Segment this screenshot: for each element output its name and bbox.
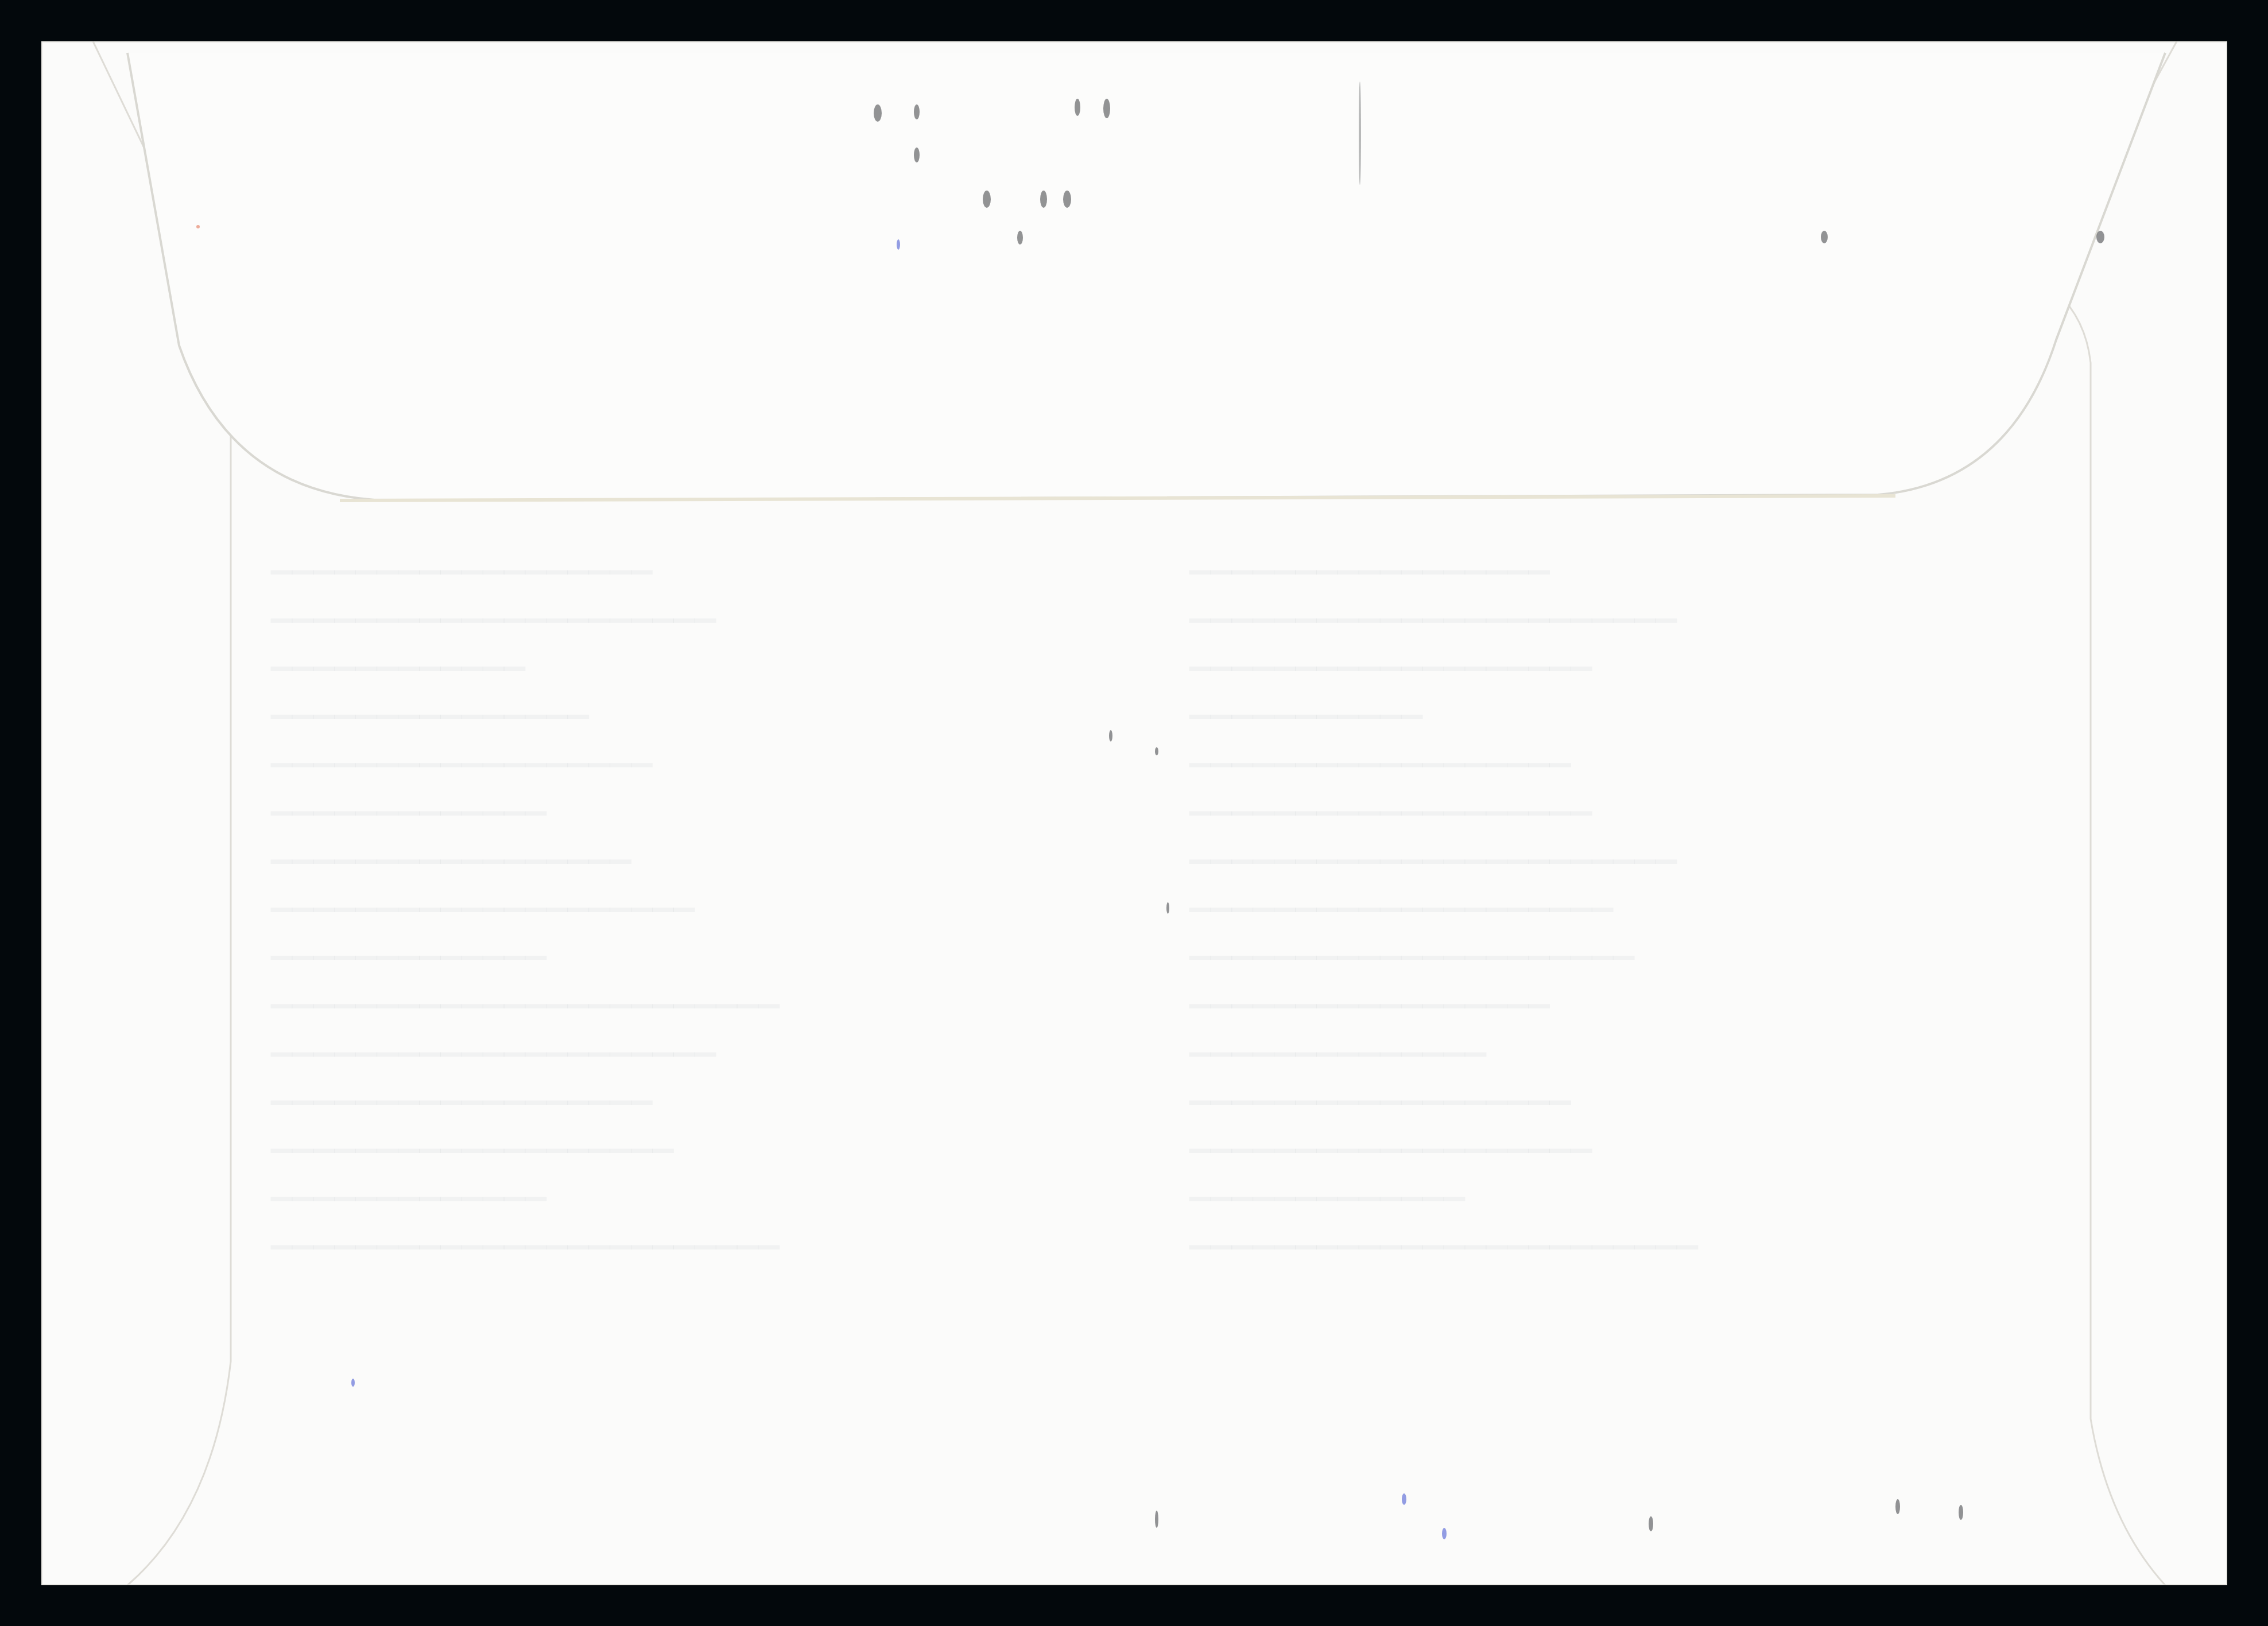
envelope-back: ▁▁▁▁▁▁▁▁▁▁▁▁▁▁▁▁▁▁▁▁▁▁▁▁▁▁▁▁▁▁▁▁▁▁▁▁▁▁▁▁… — [41, 41, 2227, 1585]
show-through-text-right: ▁▁▁▁▁▁▁▁▁▁▁▁▁▁▁▁▁▁▁▁▁▁▁▁▁▁▁▁▁▁▁▁▁▁▁▁▁▁▁▁… — [1189, 535, 1698, 1258]
top-flap — [127, 53, 2165, 500]
show-through-text-left: ▁▁▁▁▁▁▁▁▁▁▁▁▁▁▁▁▁▁▁▁▁▁▁▁▁▁▁▁▁▁▁▁▁▁▁▁▁▁▁▁… — [271, 535, 780, 1258]
